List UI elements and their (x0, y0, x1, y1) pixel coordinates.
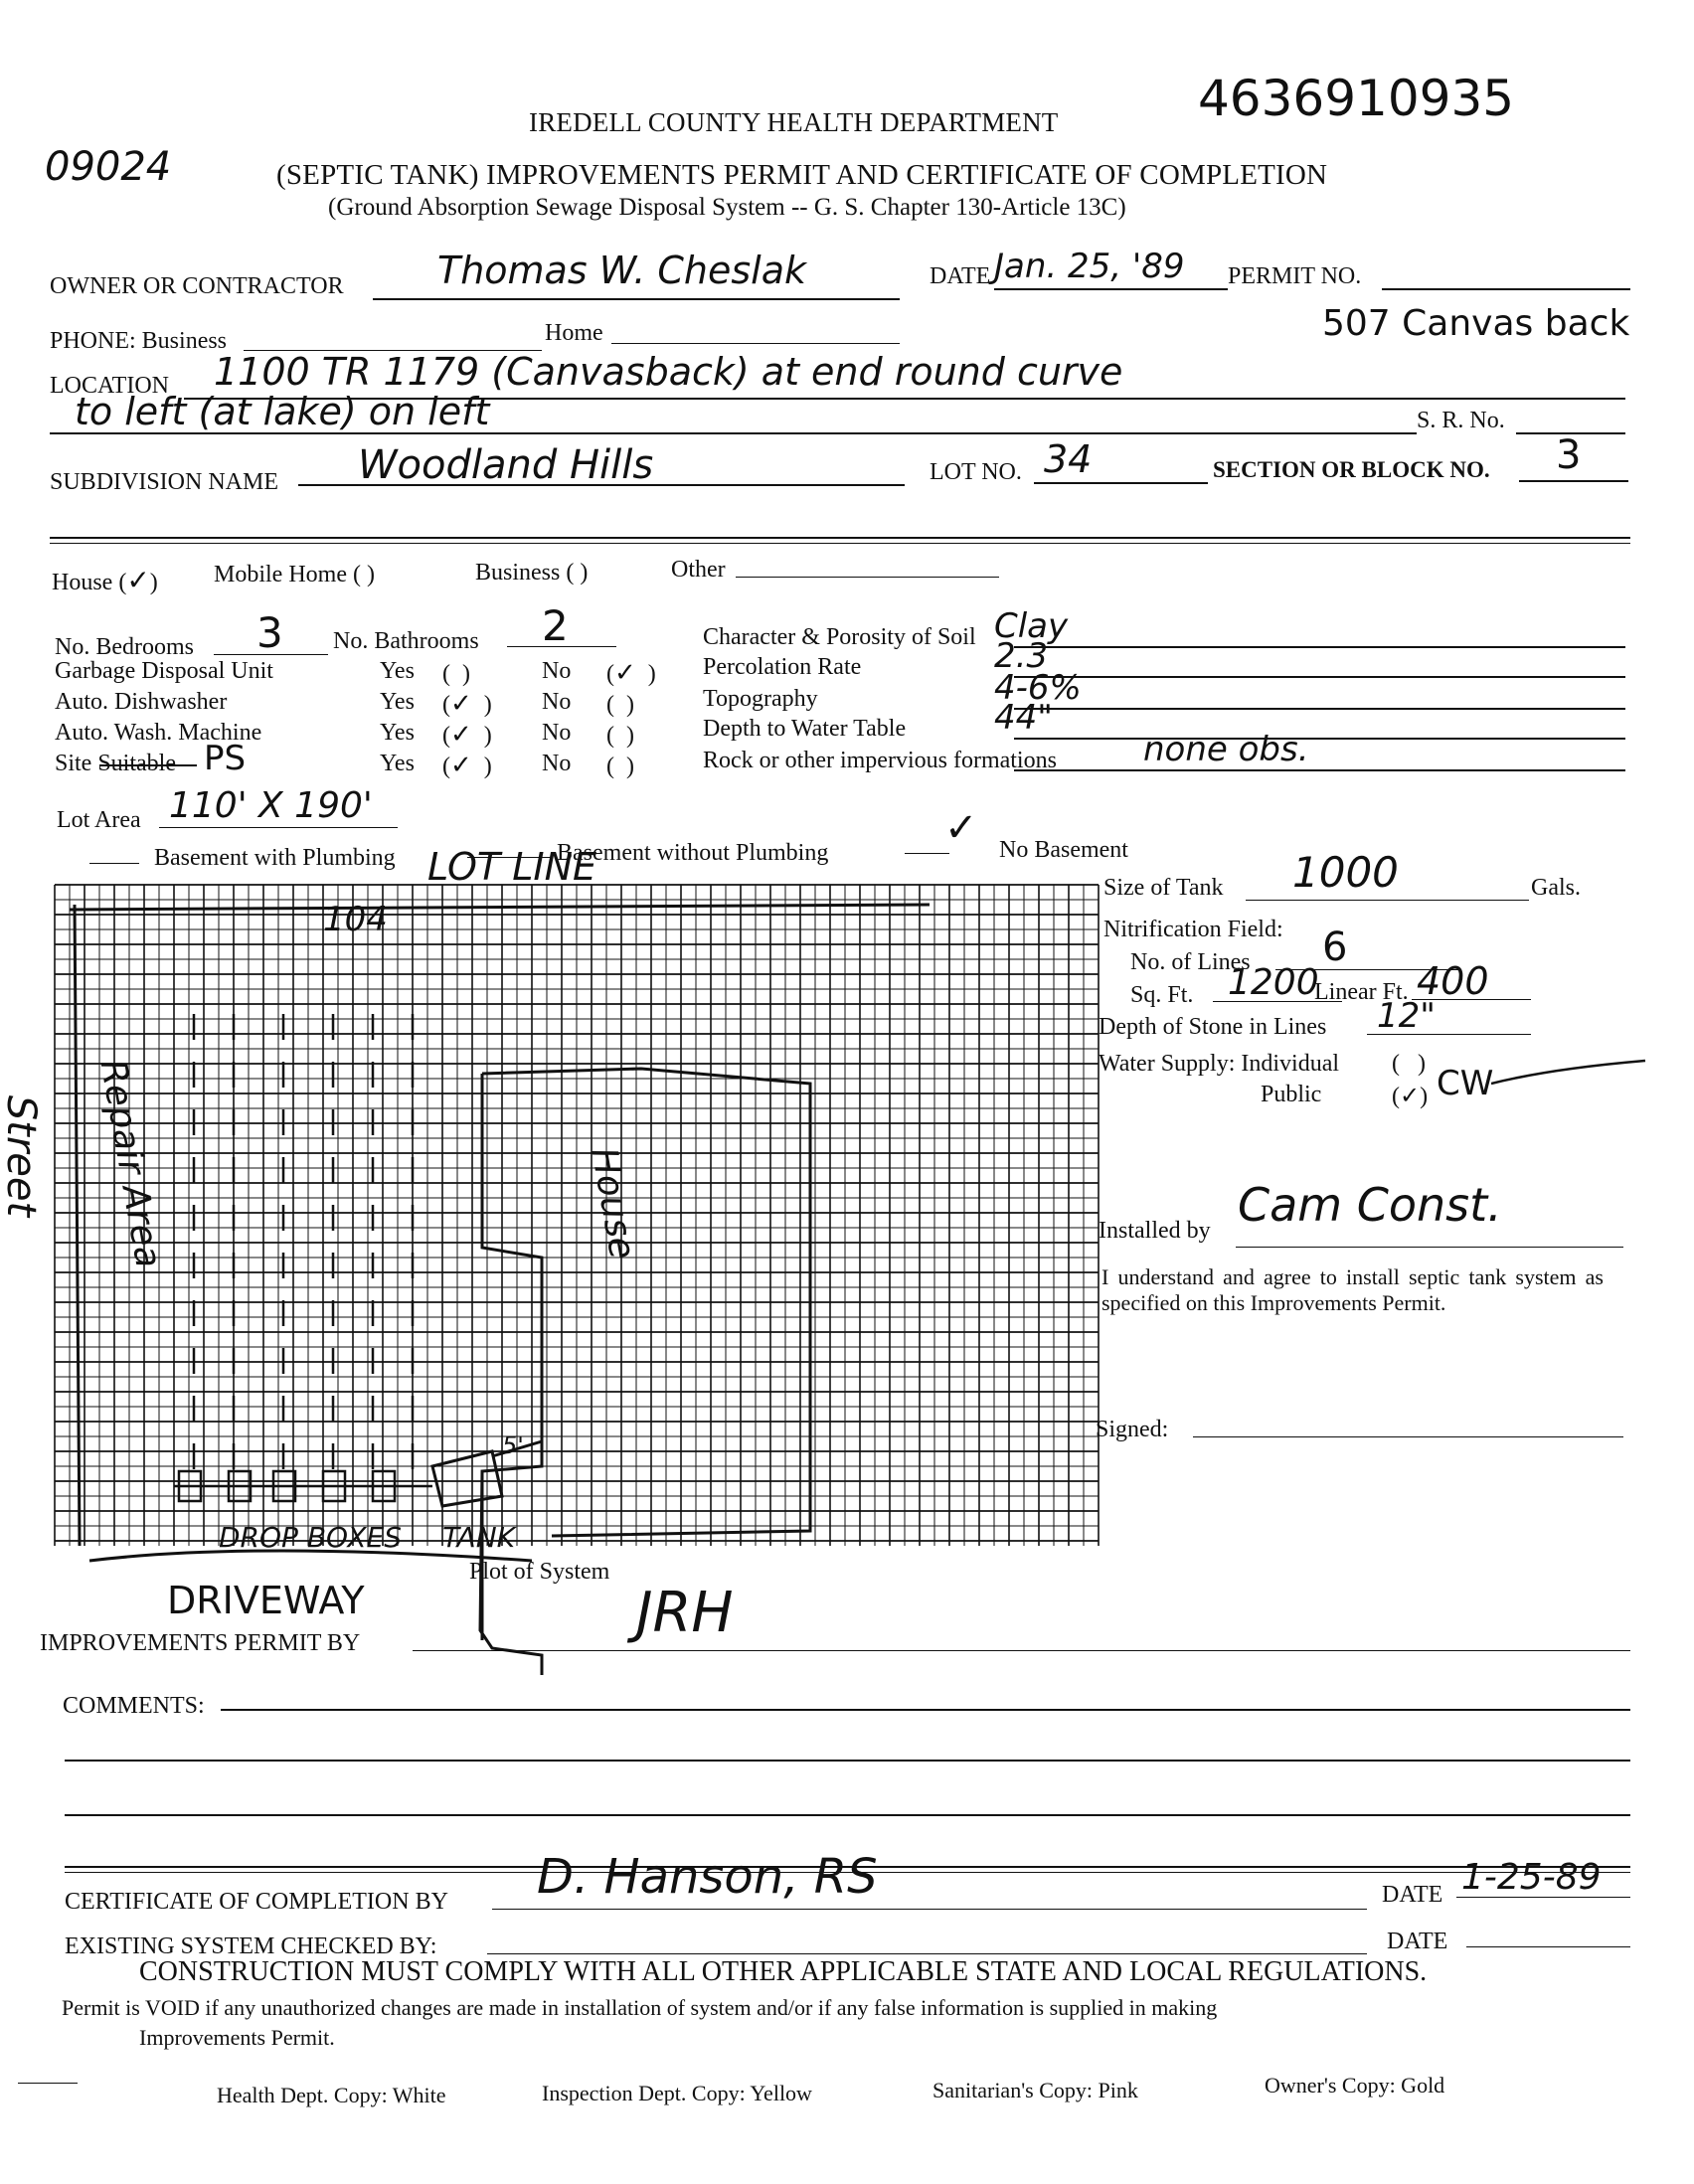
lot-area-field[interactable]: 110' X 190' (169, 785, 373, 826)
lot-no-field[interactable]: 34 (1044, 437, 1092, 481)
no-label: No (542, 720, 571, 747)
installed-by-field[interactable]: Cam Const. (1238, 1178, 1502, 1232)
tank-size-label: Size of Tank (1103, 875, 1224, 902)
bathrooms-field[interactable]: 2 (542, 601, 569, 650)
no-checkbox[interactable]: ( ) (606, 689, 634, 719)
yes-mark: ✓ (450, 751, 472, 780)
installed-by-label: Installed by (1099, 1218, 1211, 1245)
soil-field[interactable]: 44" (994, 698, 1053, 738)
tank-size-field[interactable]: 1000 (1292, 848, 1399, 897)
no-checkbox[interactable]: (✓ ) (606, 658, 656, 688)
permit-by-signature[interactable]: JRH (636, 1581, 734, 1645)
plot-driveway-label: DRIVEWAY (167, 1579, 365, 1622)
permit-by-label: IMPROVEMENTS PERMIT BY (40, 1630, 360, 1657)
owner-label: OWNER OR CONTRACTOR (50, 273, 344, 300)
copy-owner: Owner's Copy: Gold (1265, 2073, 1444, 2099)
appliance-label: Garbage Disposal Unit (55, 658, 273, 685)
no-label: No (542, 658, 571, 685)
existing-date-label: DATE (1387, 1929, 1447, 1955)
yes-checkbox[interactable]: (✓ ) (442, 689, 492, 719)
signed-label: Signed: (1096, 1417, 1168, 1443)
soil-field[interactable]: none obs. (1143, 730, 1309, 769)
no-basement-checkmark[interactable]: ✓ (944, 805, 978, 851)
lot-area-label: Lot Area (57, 807, 141, 834)
no-label: No (542, 751, 571, 777)
yes-checkbox[interactable]: (✓ ) (442, 720, 492, 750)
water-public-note: CW (1437, 1064, 1493, 1103)
completion-date-label: DATE (1382, 1882, 1442, 1909)
location-field-line2[interactable]: to left (at lake) on left (75, 390, 489, 433)
completion-signature[interactable]: D. Hanson, RS (537, 1849, 878, 1905)
copy-sanitarian: Sanitarian's Copy: Pink (932, 2078, 1138, 2103)
subdivision-field[interactable]: Woodland Hills (358, 442, 653, 488)
section-no-label: SECTION OR BLOCK NO. (1213, 457, 1490, 483)
compliance-notice: CONSTRUCTION MUST COMPLY WITH ALL OTHER … (139, 1956, 1427, 1988)
plot-lot-line-label: LOT LINE (427, 845, 596, 889)
house-label: House ( (52, 570, 126, 595)
phone-business-label: PHONE: Business (50, 328, 227, 355)
permit-no-label: PERMIT NO. (1228, 263, 1361, 290)
plot-tank-label: TANK (442, 1521, 515, 1554)
soil-label: Percolation Rate (703, 654, 861, 681)
tank-size-unit: Gals. (1531, 875, 1581, 902)
sqft-label: Sq. Ft. (1130, 982, 1193, 1009)
date-field[interactable]: Jan. 25, '89 (994, 247, 1185, 286)
copy-health-dept: Health Dept. Copy: White (217, 2083, 446, 2108)
bathrooms-label: No. Bathrooms (333, 628, 479, 655)
void-notice-line2: Improvements Permit. (139, 2025, 335, 2051)
comments-label: COMMENTS: (63, 1693, 205, 1720)
sr-no-label: S. R. No. (1417, 408, 1505, 434)
subdivision-label: SUBDIVISION NAME (50, 469, 278, 496)
lot-no-label: LOT NO. (930, 459, 1022, 486)
no-label: No (542, 689, 571, 716)
stone-depth-label: Depth of Stone in Lines (1099, 1014, 1326, 1041)
department-name: IREDELL COUNTY HEALTH DEPARTMENT (529, 107, 1059, 138)
parcel-number: 4636910935 (1198, 70, 1514, 127)
file-number: 09024 (45, 144, 171, 190)
date-label: DATE (930, 263, 990, 290)
house-checkmark: ✓ (126, 564, 149, 596)
no-checkbox[interactable]: ( ) (606, 720, 634, 750)
no-checkbox[interactable]: ( ) (606, 751, 634, 780)
form-subtitle: (Ground Absorption Sewage Disposal Syste… (328, 194, 1126, 222)
bedrooms-label: No. Bedrooms (55, 634, 194, 661)
section-no-field[interactable]: 3 (1556, 432, 1581, 478)
water-individual-label: Water Supply: Individual (1099, 1051, 1339, 1078)
plot-caption: Plot of System (469, 1559, 609, 1586)
lines-field[interactable]: 6 (1322, 924, 1347, 970)
soil-label: Rock or other impervious formations (703, 748, 1057, 774)
yes-label: Yes (380, 689, 415, 716)
site-suitable-note: PS (204, 739, 246, 778)
plot-tank-distance: 5' (502, 1431, 524, 1459)
bedrooms-field[interactable]: 3 (256, 608, 283, 657)
form-title: (SEPTIC TANK) IMPROVEMENTS PERMIT AND CE… (276, 159, 1327, 192)
water-individual-checkbox[interactable]: ( ) (1392, 1051, 1426, 1078)
void-notice-line1: Permit is VOID if any unauthorized chang… (62, 1995, 1217, 2021)
completion-label: CERTIFICATE OF COMPLETION BY (65, 1889, 448, 1916)
strikethrough (99, 764, 197, 766)
plot-dimension-104: 104 (323, 900, 388, 939)
basement-without-plumbing-label: Basement without Plumbing (557, 840, 828, 867)
phone-home-label: Home (545, 320, 603, 347)
water-note-stroke (1491, 1059, 1650, 1089)
yes-checkbox[interactable]: ( ) (442, 658, 470, 688)
sqft-field[interactable]: 1200 (1228, 962, 1319, 1003)
stone-depth-field[interactable]: 12" (1377, 996, 1436, 1036)
water-public-label: Public (1261, 1082, 1321, 1108)
yes-mark: ✓ (450, 689, 472, 719)
plot-street-label: Street (0, 1095, 44, 1217)
location-field-line1[interactable]: 1100 TR 1179 (Canvasback) at end round c… (214, 350, 1122, 394)
soil-label: Depth to Water Table (703, 716, 906, 743)
no-mark: ✓ (614, 658, 636, 688)
yes-checkbox[interactable]: (✓ ) (442, 751, 492, 780)
plot-grid (55, 885, 1099, 1546)
appliance-label: Auto. Dishwasher (55, 689, 227, 716)
address-annotation: 507 Canvas back (1322, 303, 1629, 344)
copy-inspection-dept: Inspection Dept. Copy: Yellow (542, 2081, 812, 2106)
nitrification-field-label: Nitrification Field: (1103, 917, 1283, 943)
plot-drop-boxes-label: DROP BOXES (219, 1521, 402, 1554)
yes-mark: ✓ (450, 720, 472, 750)
yes-label: Yes (380, 751, 415, 777)
other-label: Other (671, 557, 726, 584)
water-public-checkbox[interactable]: (✓) (1392, 1082, 1428, 1110)
business-option[interactable]: Business ( ) (475, 560, 588, 587)
soil-label: Character & Porosity of Soil (703, 624, 976, 651)
completion-date-field[interactable]: 1-25-89 (1461, 1857, 1602, 1898)
public-mark: ✓ (1400, 1082, 1420, 1109)
no-basement-label: No Basement (999, 837, 1128, 864)
owner-field[interactable]: Thomas W. Cheslak (437, 249, 806, 292)
house-option[interactable]: House (✓) (52, 564, 158, 596)
mobile-home-option[interactable]: Mobile Home ( ) (214, 562, 375, 588)
soil-label: Topography (703, 686, 818, 713)
yes-label: Yes (380, 720, 415, 747)
yes-label: Yes (380, 658, 415, 685)
install-agreement-text: I understand and agree to install septic… (1101, 1264, 1604, 1316)
basement-with-plumbing-label: Basement with Plumbing (154, 845, 396, 872)
